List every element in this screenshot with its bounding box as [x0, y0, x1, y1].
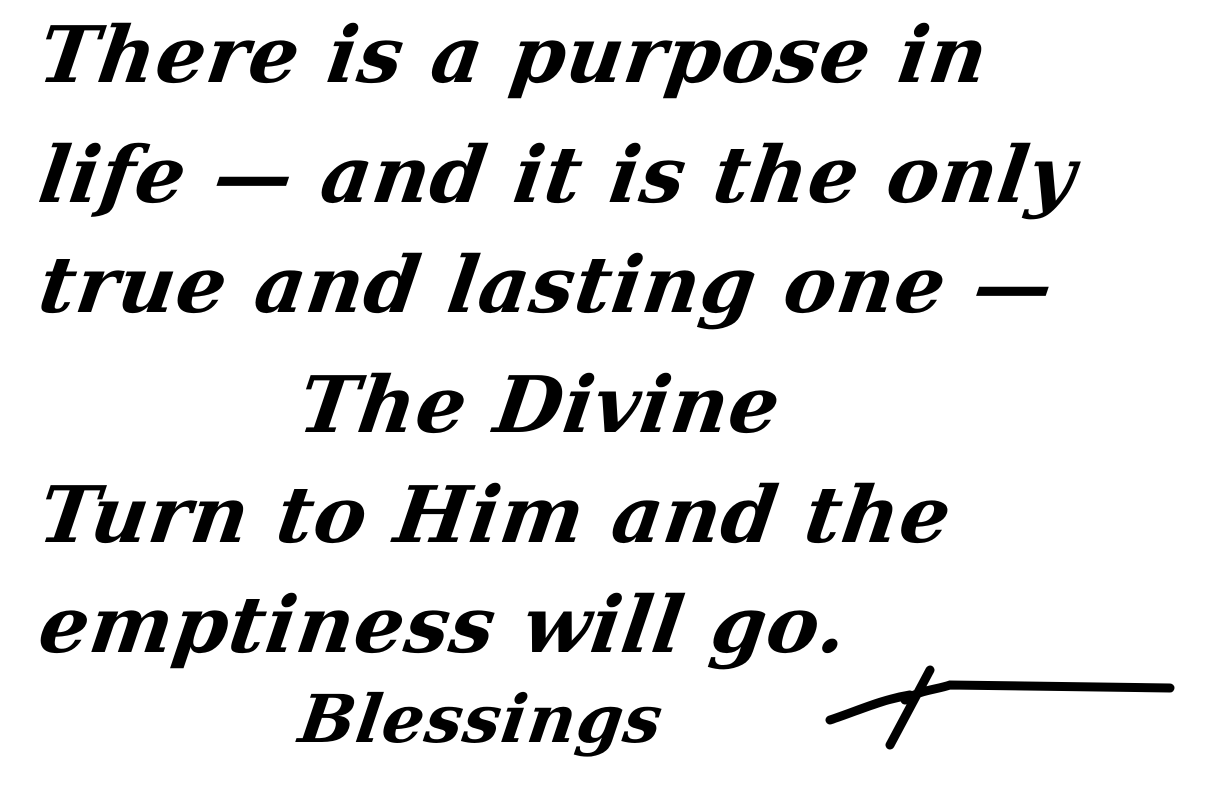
note-line-5: Turn to Him and the: [34, 470, 958, 561]
note-line-6: emptiness will go.: [34, 580, 854, 671]
note-line-3: true and lasting one —: [34, 240, 1060, 331]
note-line-1: There is a purpose in: [34, 10, 994, 101]
note-line-4: The Divine: [294, 360, 787, 451]
note-line-2: life — and it is the only: [34, 130, 1082, 221]
handwritten-note: There is a purpose in life — and it is t…: [0, 0, 1228, 806]
signature-icon: [630, 660, 1190, 750]
closing-blessings: Blessings: [295, 680, 668, 758]
